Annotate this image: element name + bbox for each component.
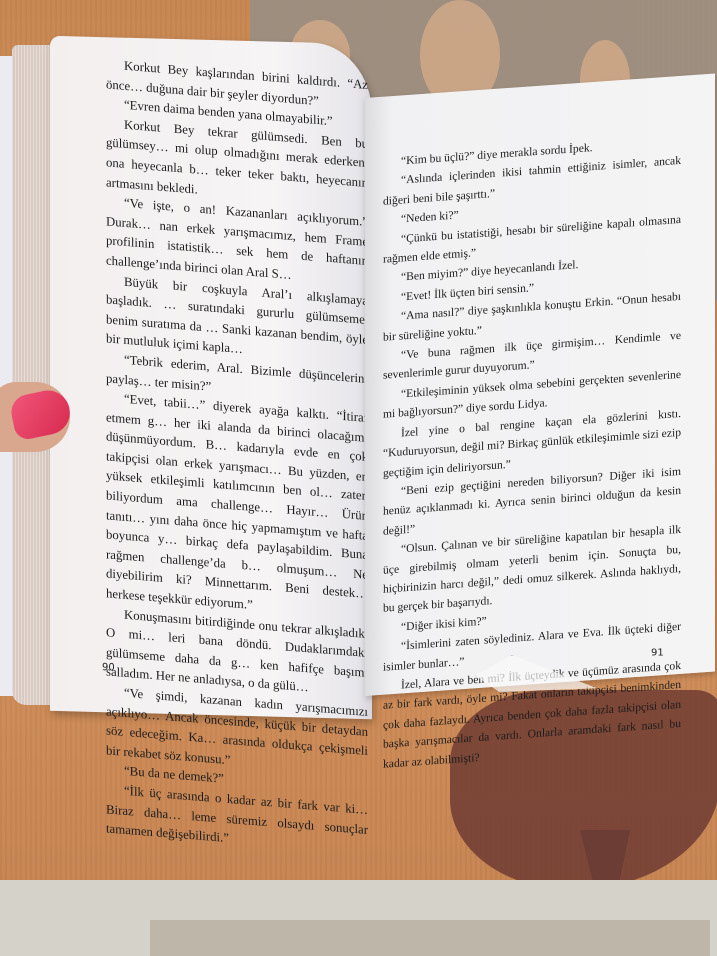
left-page-text: Korkut Bey kaşlarından birini kaldırdı. …: [106, 55, 368, 859]
page-number: 90: [102, 662, 115, 673]
left-page[interactable]: Korkut Bey kaşlarından birini kaldırdı. …: [50, 36, 372, 719]
paragraph: “Evet, tabii…” diyerek ayağa kalktı. “İt…: [106, 388, 368, 624]
floor-rug: [150, 920, 710, 956]
right-page[interactable]: “Kim bu üçlü?” diye merakla sordu İpek. …: [365, 74, 715, 696]
page-number: 91: [651, 648, 664, 659]
